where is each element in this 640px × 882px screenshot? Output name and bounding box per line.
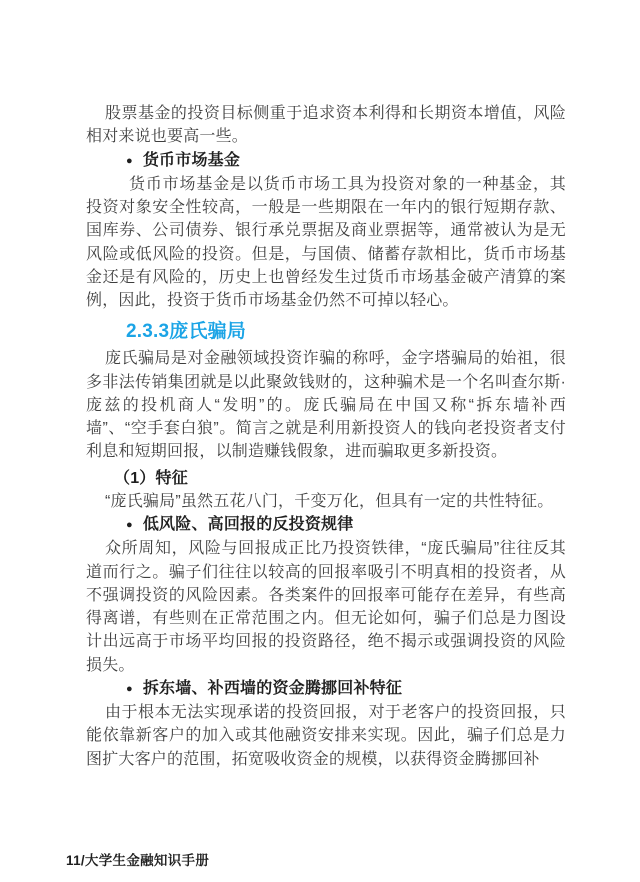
bullet-icon: ● — [126, 519, 133, 531]
heading-fund-shuffling-label: 拆东墙、补西墙的资金腾挪回补特征 — [143, 680, 402, 697]
paragraph-fund-shuffling: 由于根本无法实现承诺的投资回报，对于老客户的投资回报，只能依靠新客户的加入或其他… — [86, 701, 566, 771]
paragraph-common-traits: “庞氏骗局”虽然五花八门，千变万化，但具有一定的共性特征。 — [86, 490, 566, 513]
heading-fund-shuffling: ●拆东墙、补西墙的资金腾挪回补特征 — [86, 677, 566, 701]
heading-money-market-fund-label: 货币市场基金 — [143, 152, 240, 169]
paragraph-ponzi-intro: 庞氏骗局是对金融领域投资诈骗的称呼，金字塔骗局的始祖，很多非法传销集团就是以此聚… — [86, 347, 566, 463]
bullet-icon: ● — [126, 683, 133, 695]
handbook-page: 股票基金的投资目标侧重于追求资本利得和长期资本增值，风险相对来说也要高一些。 ●… — [0, 0, 640, 882]
paragraph-stock-fund-risk: 股票基金的投资目标侧重于追求资本利得和长期资本增值，风险相对来说也要高一些。 — [86, 102, 566, 149]
sub-heading-characteristics: （1）特征 — [86, 467, 566, 490]
paragraph-low-risk-high-return: 众所周知，风险与回报成正比乃投资铁律，“庞氏骗局”往往反其道而行之。骗子们往往以… — [86, 537, 566, 677]
paragraph-money-market-fund: 货币市场基金是以货币市场工具为投资对象的一种基金，其投资对象安全性较高，一般是一… — [86, 173, 566, 313]
heading-low-risk-high-return-label: 低风险、高回报的反投资规律 — [143, 516, 354, 533]
section-heading-ponzi-scheme: 2.3.3庞氏骗局 — [86, 319, 566, 345]
bullet-icon: ● — [126, 155, 133, 167]
heading-low-risk-high-return: ●低风险、高回报的反投资规律 — [86, 513, 566, 537]
heading-money-market-fund: ●货币市场基金 — [86, 149, 566, 173]
page-body-text: 股票基金的投资目标侧重于追求资本利得和长期资本增值，风险相对来说也要高一些。 ●… — [86, 102, 566, 771]
page-footer: 11/大学生金融知识手册 — [66, 849, 209, 869]
